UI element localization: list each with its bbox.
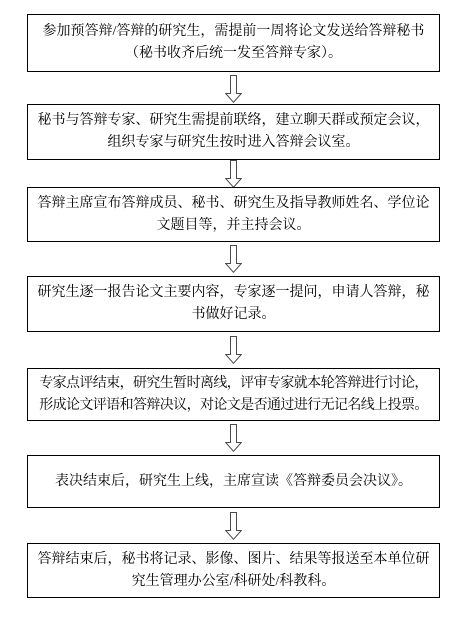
down-arrow-icon xyxy=(225,245,242,273)
flow-step-4: 研究生逐一报告论文主要内容，专家逐一提问，申请人答辩，秘 书做好记录。 xyxy=(27,276,440,332)
flow-step-5-line-2: 形成论文评语和答辩决议，对论文是否通过进行无记名线上投票。 xyxy=(39,395,428,417)
flow-step-2-line-2: 组织专家与研究生按时进入答辩会议室。 xyxy=(108,132,360,154)
flow-step-7-line-1: 答辩结束后，秘书将记录、影像、图片、结果等报送至本单位研 xyxy=(38,549,430,571)
flow-step-6-line-1: 表决结束后，研究生上线，主席宣读《答辩委员会决议》。 xyxy=(55,471,412,493)
flow-step-5: 专家点评结束，研究生暂时离线，评审专家就本轮答辩进行讨论， 形成论文评语和答辩决… xyxy=(27,368,440,421)
flow-step-5-line-1: 专家点评结束，研究生暂时离线，评审专家就本轮答辩进行讨论， xyxy=(39,373,428,395)
down-arrow-icon xyxy=(225,424,242,452)
flow-step-4-line-1: 研究生逐一报告论文主要内容，专家逐一提问，申请人答辩，秘 xyxy=(38,282,430,304)
flow-step-1-line-2: （秘书收齐后统一发至答辩专家）。 xyxy=(125,43,342,65)
flowchart-canvas: 参加预答辩/答辩的研究生，需提前一周将论文发送给答辩秘书 （秘书收齐后统一发至答… xyxy=(0,0,462,619)
flow-step-4-line-2: 书做好记录。 xyxy=(192,304,276,326)
down-arrow-icon xyxy=(225,75,242,103)
flow-step-3-line-2: 文题目等，并主持会议。 xyxy=(157,215,311,237)
flow-step-3: 答辩主席宣布答辩成员、秘书、研究生及指导教师姓名、学位论 文题目等，并主持会议。 xyxy=(27,187,440,242)
down-arrow-icon xyxy=(225,160,242,188)
flow-step-6: 表决结束后，研究生上线，主席宣读《答辩委员会决议》。 xyxy=(27,455,440,508)
down-arrow-icon xyxy=(225,336,242,364)
flow-step-2: 秘书与答辩专家、研究生需提前联络，建立聊天群或预定会议， 组织专家与研究生按时进… xyxy=(27,104,440,160)
flow-step-7: 答辩结束后，秘书将记录、影像、图片、结果等报送至本单位研 究生管理办公室/科研处… xyxy=(27,543,440,598)
down-arrow-icon xyxy=(225,512,242,540)
flow-step-1: 参加预答辩/答辩的研究生，需提前一周将论文发送给答辩秘书 （秘书收齐后统一发至答… xyxy=(27,14,440,72)
flow-step-7-line-2: 究生管理办公室/科研处/科教科。 xyxy=(132,571,336,593)
flow-step-3-line-1: 答辩主席宣布答辩成员、秘书、研究生及指导教师姓名、学位论 xyxy=(38,193,430,215)
flow-step-2-line-1: 秘书与答辩专家、研究生需提前联络，建立聊天群或预定会议， xyxy=(38,110,430,132)
flow-step-1-line-1: 参加预答辩/答辩的研究生，需提前一周将论文发送给答辩秘书 xyxy=(43,21,425,43)
